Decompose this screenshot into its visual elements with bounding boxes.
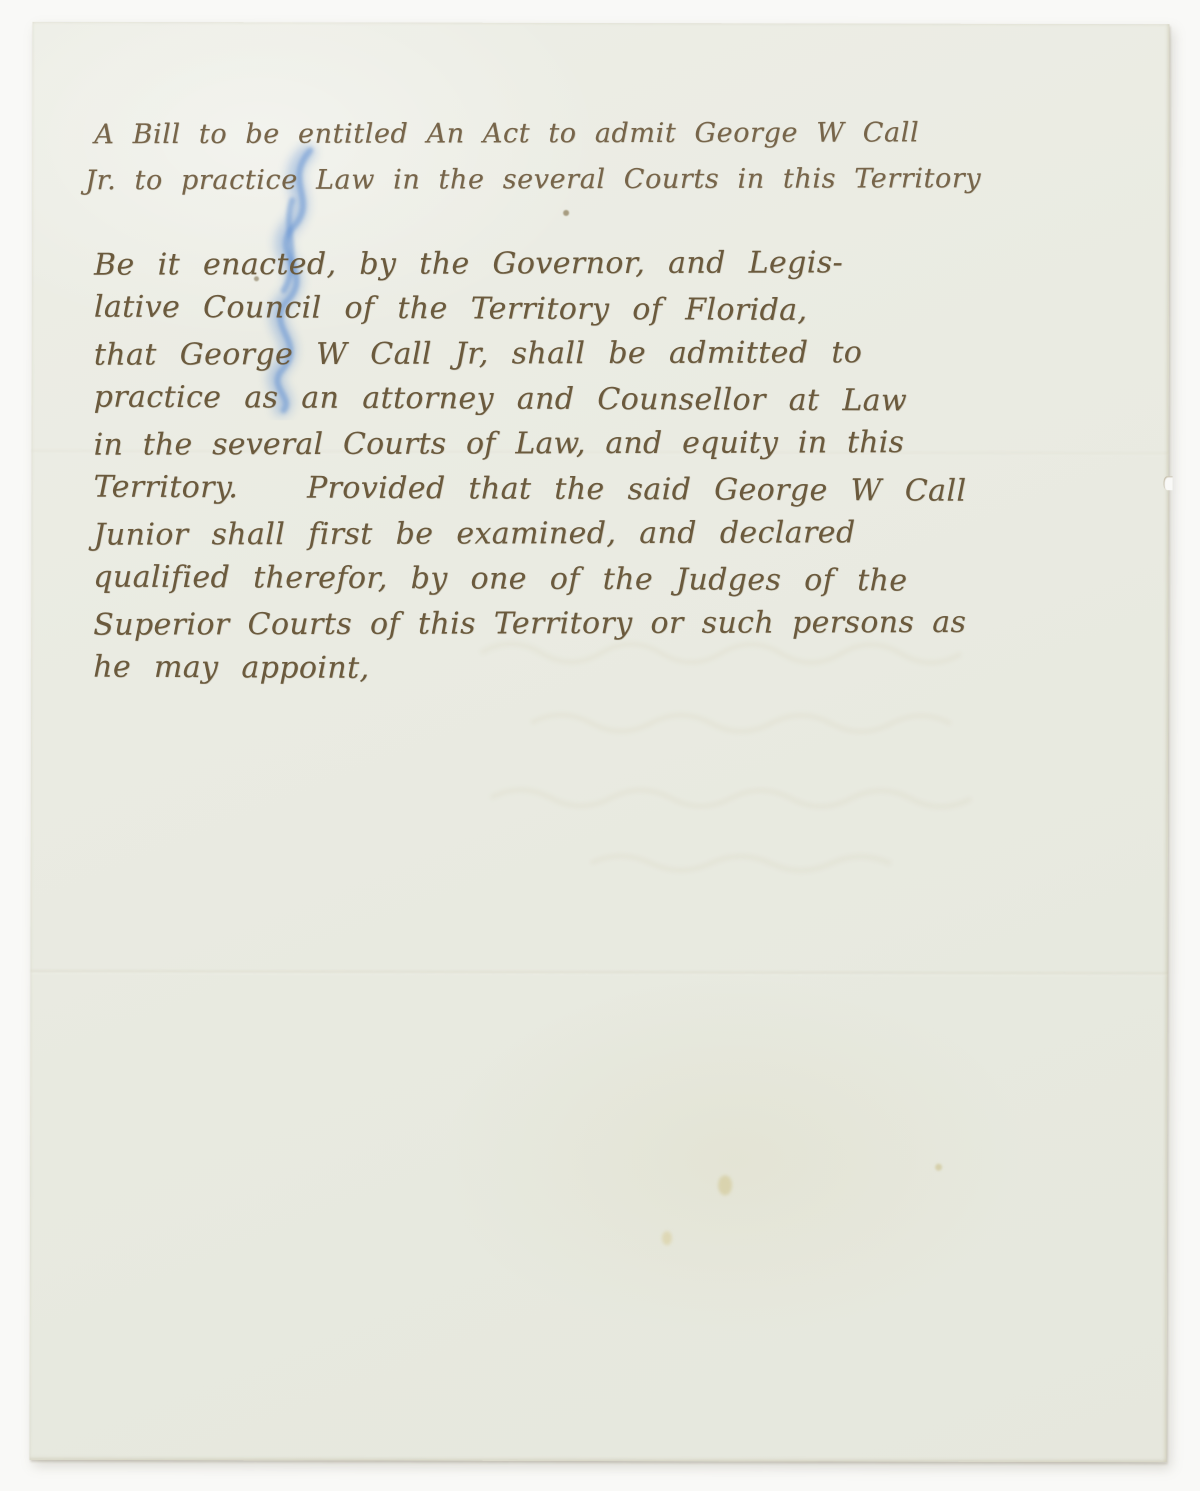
paper-stain xyxy=(662,1231,672,1245)
body-line: Territory. Provided that the said George… xyxy=(93,465,1134,515)
body-line: lative Council of the Territory of Flori… xyxy=(94,285,1135,335)
body-line: in the several Courts of Law, and equity… xyxy=(94,419,1135,467)
manuscript-page: A Bill to be entitled An Act to admit Ge… xyxy=(29,22,1169,1462)
bill-title: A Bill to be entitled An Act to admit Ge… xyxy=(94,110,1135,204)
fold-crease xyxy=(31,970,1168,976)
title-line: A Bill to be entitled An Act to admit Ge… xyxy=(94,110,1135,158)
paper-stain xyxy=(935,1164,942,1171)
body-line: Superior Courts of this Territory or suc… xyxy=(93,599,1134,647)
body-line: he may appoint, xyxy=(93,645,1134,695)
body-line: practice as an attorney and Counsellor a… xyxy=(94,375,1135,425)
ink-speck xyxy=(563,210,569,216)
paper-edge-nick xyxy=(1164,476,1173,490)
bill-body: Be it enacted, by the Governor, and Legi… xyxy=(93,240,1135,692)
scan-background: A Bill to be entitled An Act to admit Ge… xyxy=(0,0,1200,1491)
body-line: that George W Call Jr, shall be admitted… xyxy=(94,329,1135,377)
body-line: qualified therefor, by one of the Judges… xyxy=(93,555,1134,605)
paper-stain xyxy=(718,1175,732,1195)
title-line: Jr. to practice Law in the several Court… xyxy=(85,156,1135,204)
body-line: Junior shall first be examined, and decl… xyxy=(93,509,1134,557)
body-line: Be it enacted, by the Governor, and Legi… xyxy=(94,239,1135,287)
